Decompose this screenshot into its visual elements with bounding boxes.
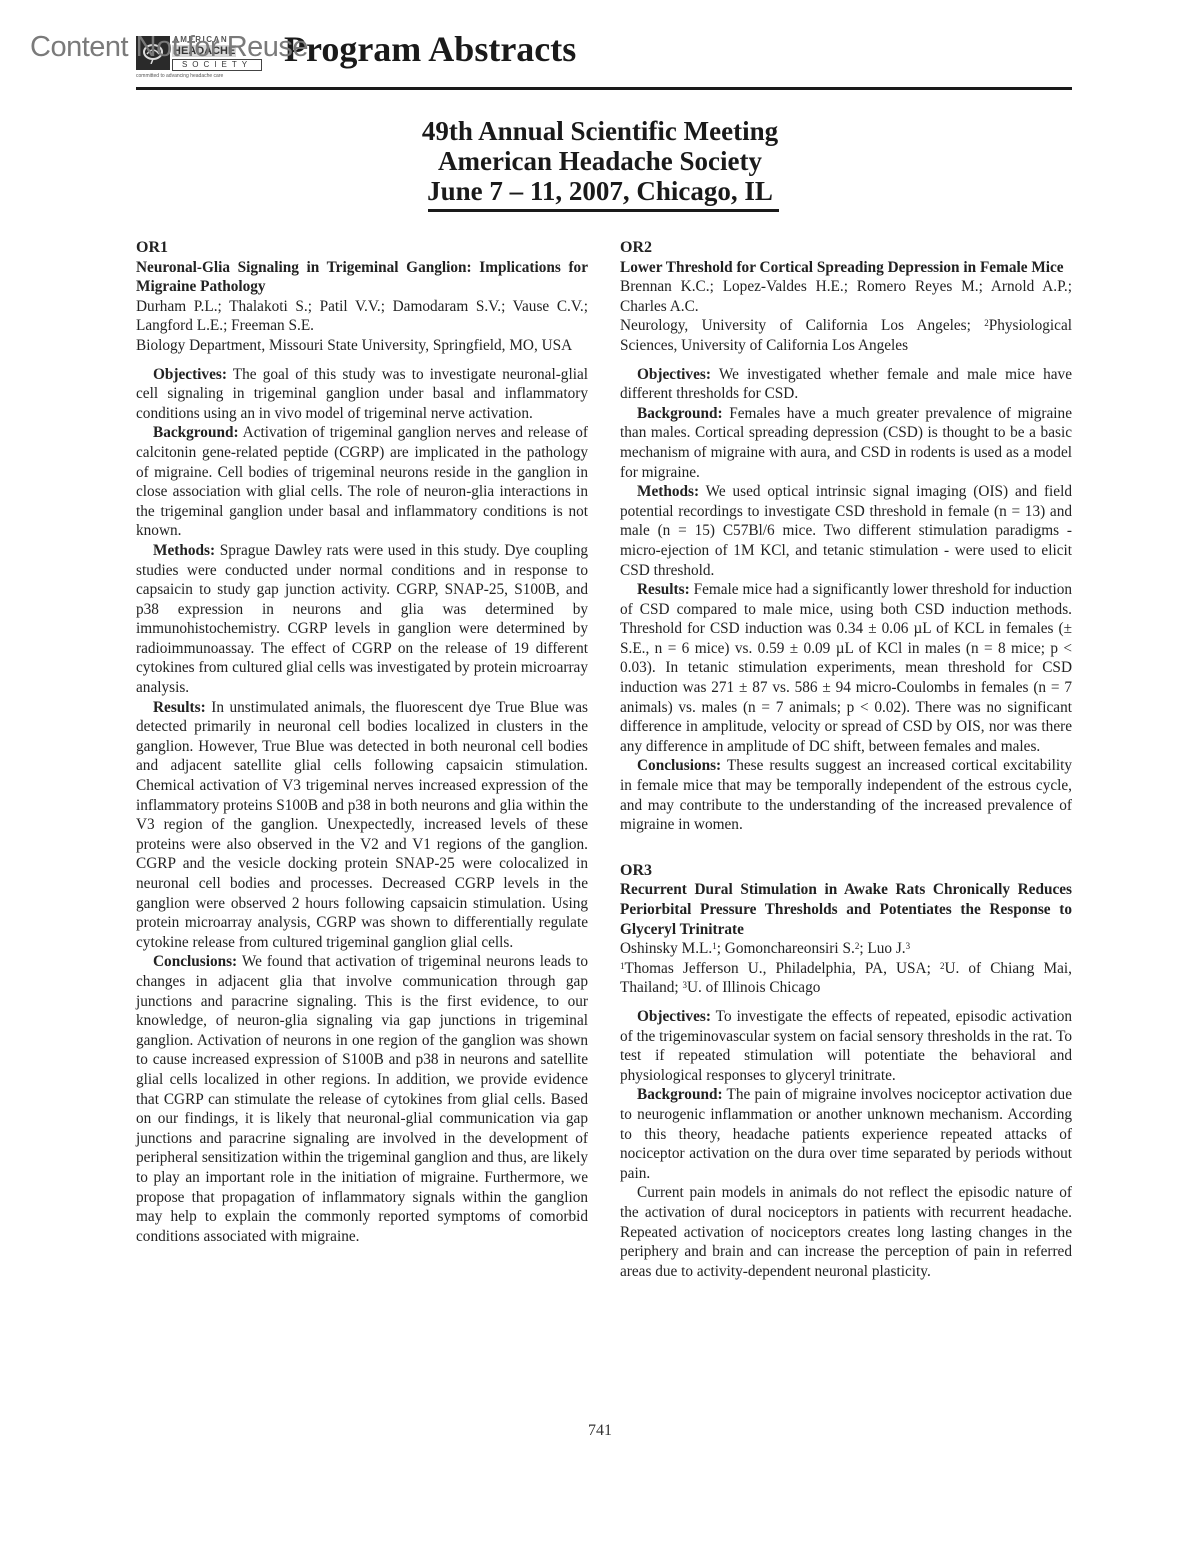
section-conclusions: Conclusions: We found that activation of… <box>136 952 588 1246</box>
meeting-line3: June 7 – 11, 2007, Chicago, IL <box>300 176 900 206</box>
abstract-id: OR2 <box>620 238 1072 258</box>
abstract-authors: Oshinsky M.L.1; Gomonchareonsiri S.2; Lu… <box>620 939 1072 959</box>
abstract-affiliation: Neurology, University of California Los … <box>620 316 1072 355</box>
left-column: OR1 Neuronal-Glia Signaling in Trigemina… <box>136 238 588 1246</box>
logo-tagline: committed to advancing headache care <box>136 73 223 79</box>
abstract-id: OR3 <box>620 861 1072 881</box>
section-background: Background: The pain of migraine involve… <box>620 1085 1072 1183</box>
section-conclusions: Conclusions: These results suggest an in… <box>620 756 1072 834</box>
section-background: Background: Females have a much greater … <box>620 404 1072 482</box>
page-number: 741 <box>0 1422 1200 1440</box>
watermark-text: Content Not for Reuse <box>30 31 308 64</box>
meeting-line1: 49th Annual Scientific Meeting <box>300 116 900 146</box>
abstract-or2: OR2 Lower Threshold for Cortical Spreadi… <box>620 238 1072 835</box>
abstract-affiliation: 1Thomas Jefferson U., Philadelphia, PA, … <box>620 959 1072 998</box>
abstract-or1: OR1 Neuronal-Glia Signaling in Trigemina… <box>136 238 588 1246</box>
section-objectives: Objectives: We investigated whether fema… <box>620 365 1072 404</box>
section-results: Results: Female mice had a significantly… <box>620 580 1072 756</box>
section-methods: Methods: Sprague Dawley rats were used i… <box>136 541 588 698</box>
header-divider <box>136 87 1072 90</box>
page-header-title: Program Abstracts <box>284 28 576 70</box>
abstract-title: Recurrent Dural Stimulation in Awake Rat… <box>620 880 1072 939</box>
abstract-authors: Brennan K.C.; Lopez-Valdes H.E.; Romero … <box>620 277 1072 316</box>
meeting-divider <box>428 209 779 212</box>
abstract-authors: Durham P.L.; Thalakoti S.; Patil V.V.; D… <box>136 297 588 336</box>
abstract-id: OR1 <box>136 238 588 258</box>
abstract-title: Neuronal-Glia Signaling in Trigeminal Ga… <box>136 258 588 297</box>
meeting-line2: American Headache Society <box>300 146 900 176</box>
right-column: OR2 Lower Threshold for Cortical Spreadi… <box>620 238 1072 1281</box>
abstract-title: Lower Threshold for Cortical Spreading D… <box>620 258 1072 278</box>
abstract-spacer <box>620 835 1072 861</box>
section-methods: Methods: We used optical intrinsic signa… <box>620 482 1072 580</box>
section-background-continued: Current pain models in animals do not re… <box>620 1183 1072 1281</box>
abstract-affiliation: Biology Department, Missouri State Unive… <box>136 336 588 356</box>
abstract-or3: OR3 Recurrent Dural Stimulation in Awake… <box>620 861 1072 1281</box>
section-background: Background: Activation of trigeminal gan… <box>136 423 588 541</box>
section-objectives: Objectives: The goal of this study was t… <box>136 365 588 424</box>
section-objectives: Objectives: To investigate the effects o… <box>620 1007 1072 1085</box>
section-results: Results: In unstimulated animals, the fl… <box>136 698 588 953</box>
meeting-heading: 49th Annual Scientific Meeting American … <box>300 116 900 206</box>
